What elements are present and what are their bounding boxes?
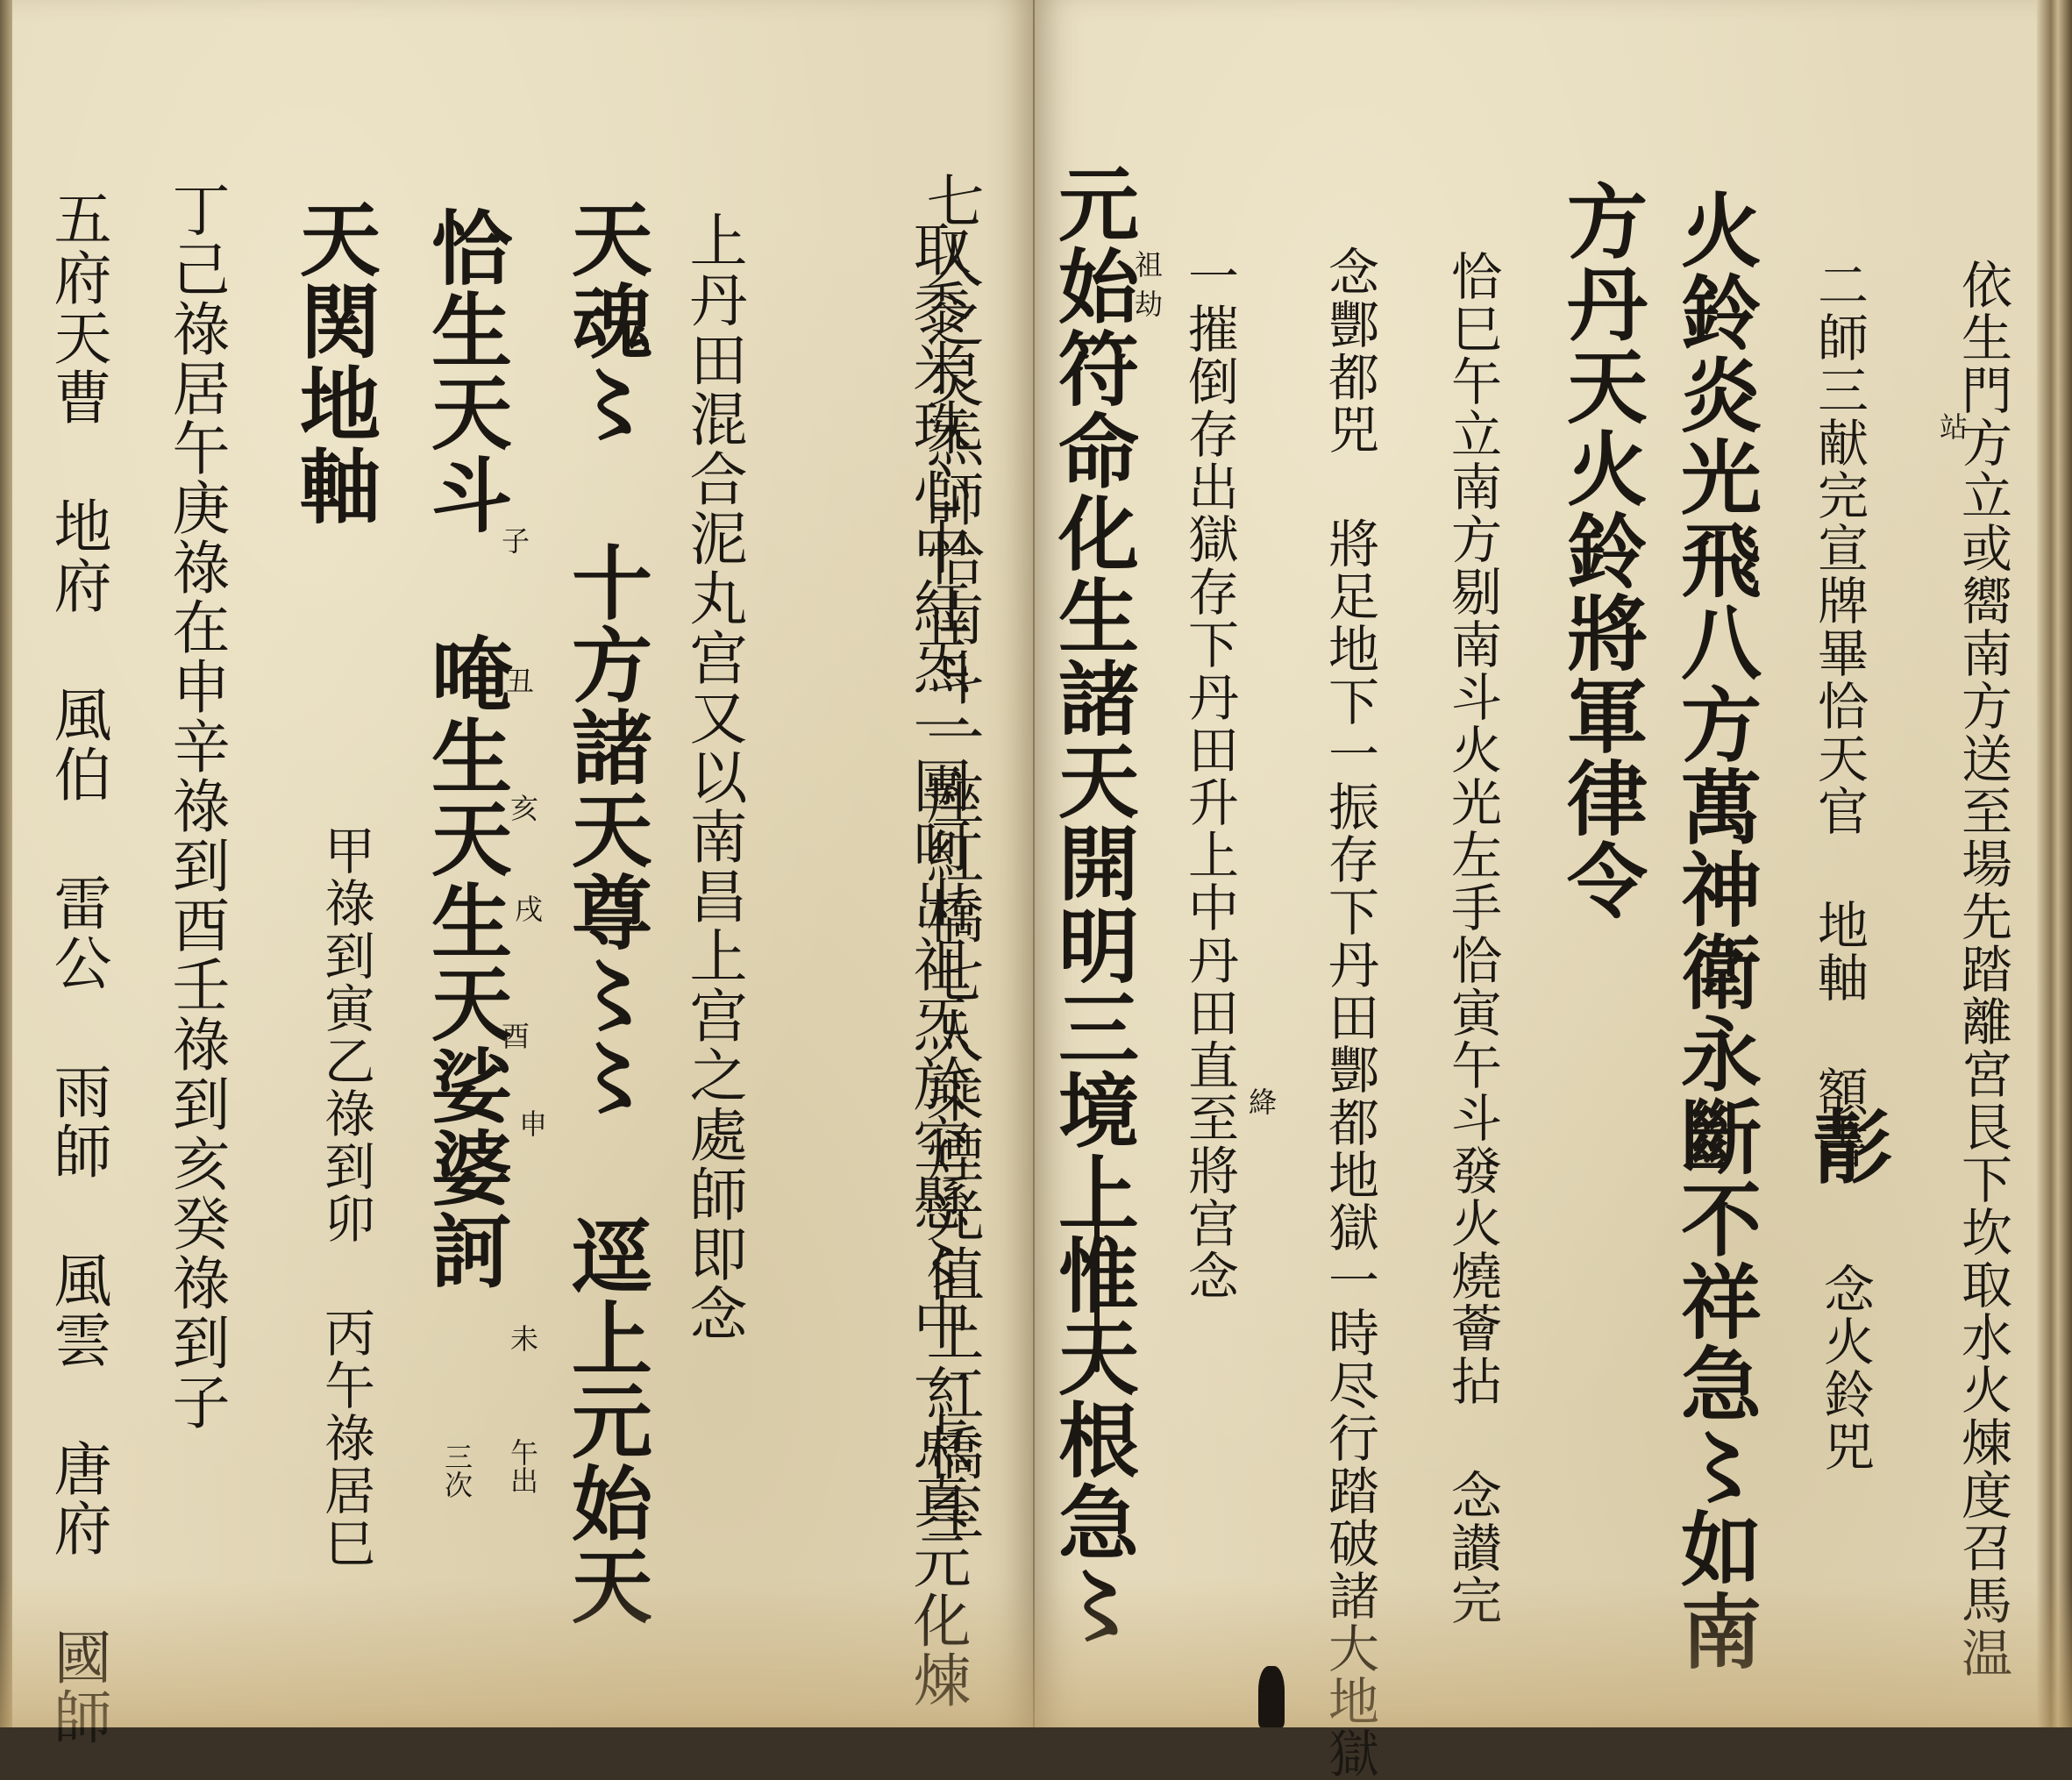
right-column-8: 元始符命化生諸天開明三境上惟天根急〻	[1052, 162, 1133, 1646]
right-page: 依生門方立或嚮南方送至場先踏離宮艮下坎取水火煉度召馬温 二師三献完宣牌畢恰天官 …	[1035, 0, 2072, 1727]
left-column-5: 天関地軸	[294, 197, 374, 527]
right-column-4: 方丹天火鈴將軍律令	[1561, 180, 1641, 922]
right-column-2: 二師三献完宣牌畢恰天官 地軸 額書	[1813, 259, 1864, 1171]
right-column-1: 依生門方立或嚮南方送至場先踏離宮艮下坎取水火煉度召馬温	[1957, 259, 2008, 1679]
left-column-3: 天魂〻 十方諸天尊〻〻 逕上元始天	[566, 197, 646, 1627]
left-page: 七人之灵炁師恰南斗一座紅橋七人乘煙光值上紅橋至 上丹田混合泥丸宫又以南昌上宫之處…	[0, 0, 1035, 1727]
left-column-6: 甲祿到寅乙祿到卯 丙午祿居巳	[320, 824, 371, 1570]
annotation-shen: 申	[517, 1109, 545, 1137]
annotation-san-ci: 三次	[443, 1442, 471, 1499]
right-column-3b: 𩇕	[1806, 1105, 1887, 1187]
left-column-2: 上丹田混合泥丸宫又以南昌上宫之處師即念	[684, 210, 742, 1343]
right-column-9: 取黍米珠心中紅炁一團呵出祖炁於空懸〻中一点真元化煉	[908, 219, 965, 1710]
left-column-8: 五府天曹 地府 風伯 雷公 雨師 風雲 唐府 國師	[48, 189, 106, 1727]
annotation-hai: 亥	[509, 794, 537, 822]
right-column-6: 念酆都兕 將足地下一振存下丹田酆都地獄一時尽行踏破諸大地獄	[1324, 246, 1375, 1727]
right-column-3: 火鈴炎光飛八方萬神衛永斷不祥急〻如南	[1675, 189, 1755, 1672]
right-column-2b: 念火鈴兕	[1819, 1263, 1870, 1473]
annotation-zi: 子	[500, 526, 528, 554]
annotation-you: 酉	[500, 1022, 528, 1050]
annotation-chou: 丑	[504, 666, 532, 694]
annotation-wei: 未	[509, 1324, 537, 1352]
annotation-jie: 劫	[1133, 289, 1161, 317]
open-book: 七人之灵炁師恰南斗一座紅橋七人乘煙光值上紅橋至 上丹田混合泥丸宫又以南昌上宫之處…	[0, 0, 2072, 1727]
right-column-7: 一摧倒存出獄存下丹田升上中丹田直至將宫念	[1184, 250, 1235, 1302]
water-stain	[0, 1578, 2072, 1727]
left-column-4: 恰生天斗 唵生天生天娑婆訶	[425, 206, 506, 1292]
right-column-5: 恰巳午立南方剔南斗火光左手恰寅午斗發火燒薈拈 念讃完	[1447, 250, 1498, 1627]
annotation-jiang: 絳	[1247, 1087, 1275, 1115]
left-column-7: 丁己祿居午庚祿在申辛祿到酉壬祿到亥癸祿到子	[167, 180, 224, 1432]
annotation-zhan: 站	[1938, 412, 1966, 440]
ink-blot	[1258, 1666, 1285, 1727]
annotation-xu: 戌	[513, 894, 541, 922]
annotation-zu: 祖	[1133, 250, 1161, 278]
repeat-line-mark	[1094, 1197, 1100, 1372]
annotation-wu-chu: 午出	[509, 1438, 537, 1494]
